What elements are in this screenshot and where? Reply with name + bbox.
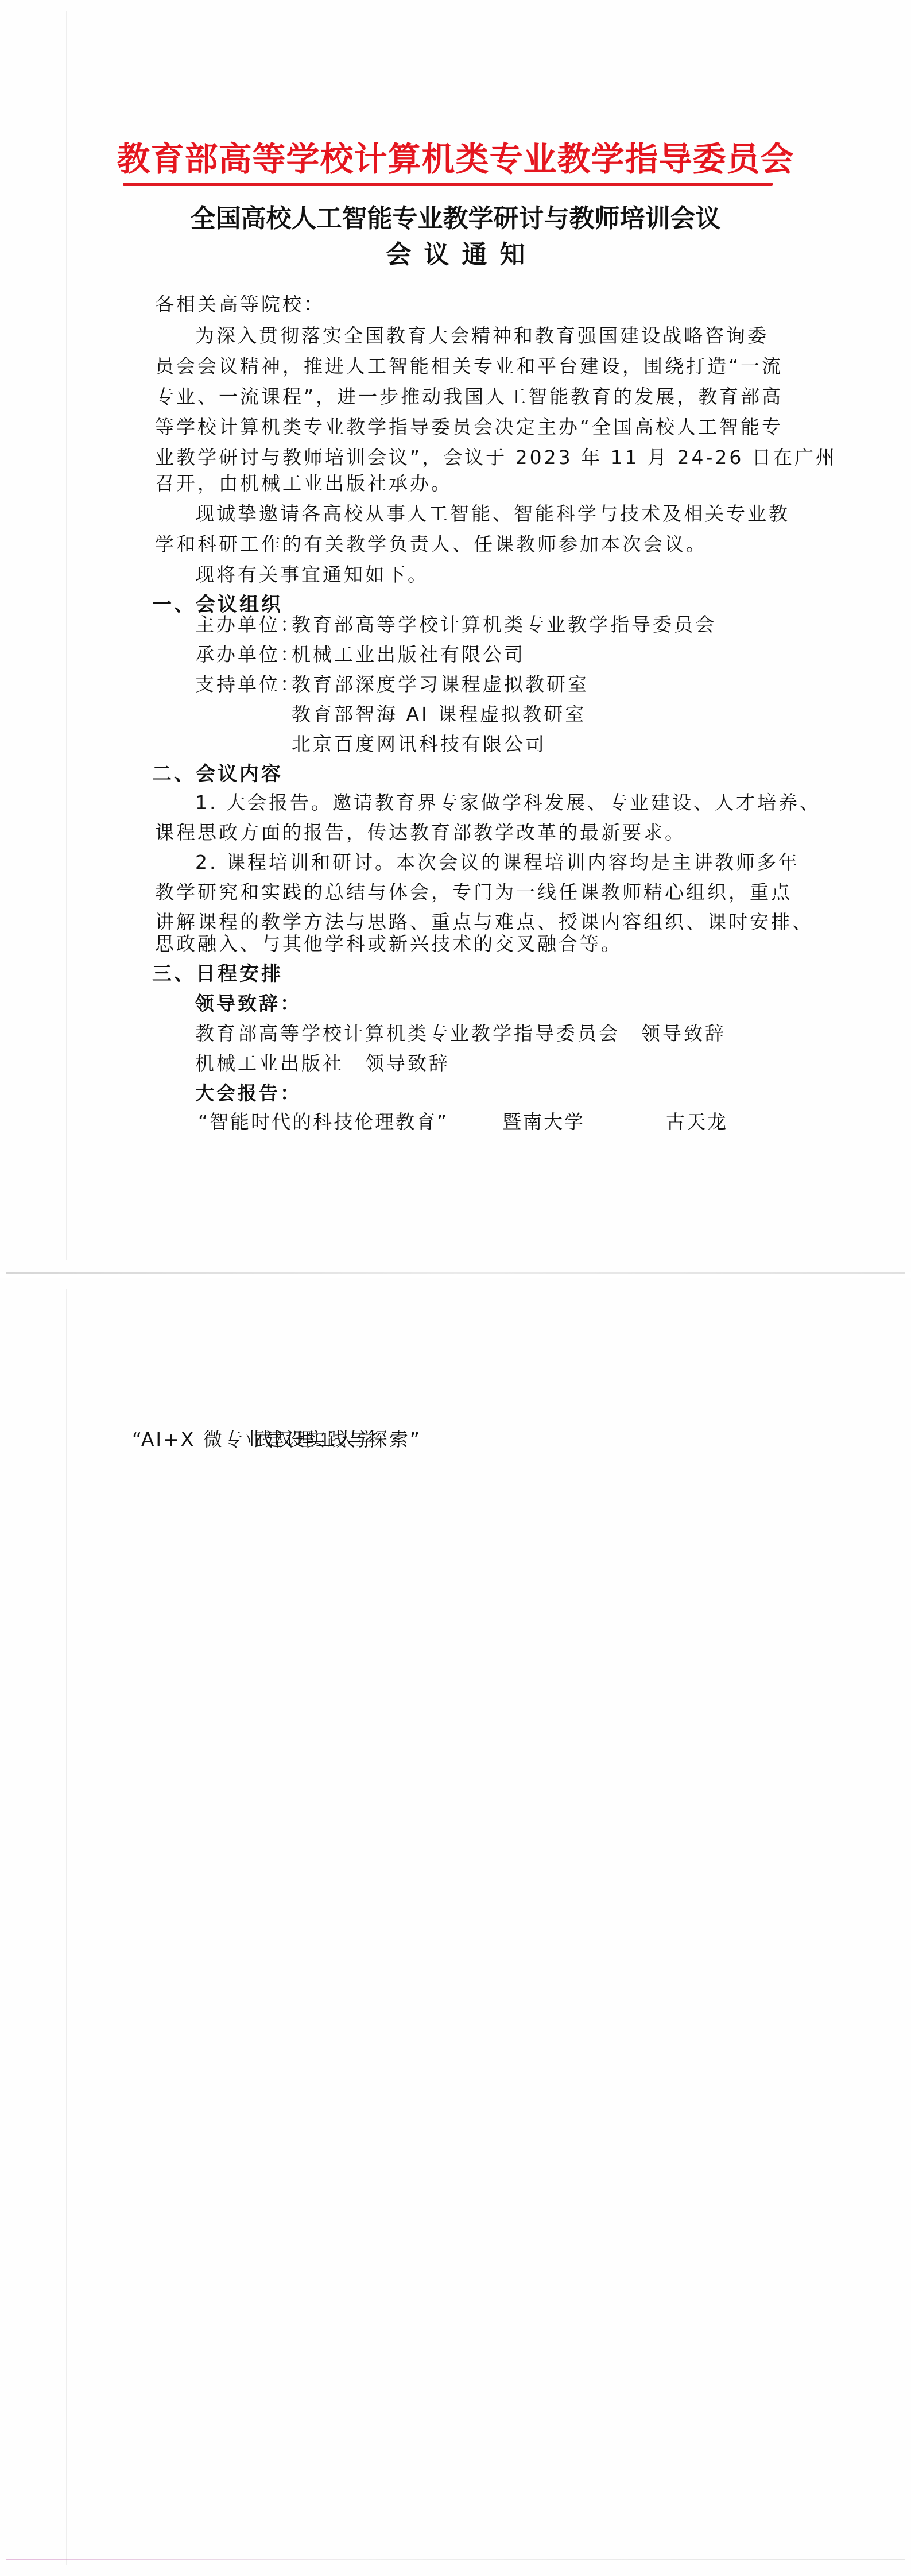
- organizer-label: 承办单位：: [195, 643, 301, 666]
- keynote-topic: “智能时代的科技伦理教育”: [198, 1111, 448, 1134]
- content-line: 课程思政方面的报告，传达教育部教学改革的最新要求。: [155, 821, 686, 844]
- intro-line: 现将有关事宜通知如下。: [195, 563, 429, 586]
- intro-line: 现诚挚邀请各高校从事人工智能、智能科学与技术及相关专业教: [195, 502, 790, 525]
- intro-line: 业教学研讨与教师培训会议”，会议于 2023 年 11 月 24-26 日在广州: [155, 446, 837, 469]
- page-break: [6, 1272, 905, 1274]
- intro-line: 为深入贯彻落实全国教育大会精神和教育强国建设战略咨询委: [195, 324, 769, 347]
- section-heading: 一、会议组织: [152, 593, 283, 616]
- intro-line: 专业、一流课程”，进一步推动我国人工智能教育的发展，教育部高: [155, 385, 783, 408]
- section-heading: 三、日程安排: [152, 962, 283, 985]
- intro-line: 等学校计算机类专业教学指导委员会决定主办“全国高校人工智能专: [155, 416, 783, 439]
- content-line: 讲解课程的教学方法与思路、重点与难点、授课内容组织、课时安排、: [155, 911, 813, 934]
- salutation: 各相关高等院校：: [155, 293, 325, 316]
- scan-artifact: [66, 11, 67, 1260]
- supporter: 教育部深度学习课程虚拟教研室: [292, 673, 589, 696]
- support-label: 支持单位：: [195, 673, 301, 696]
- keynote-school: 暨南大学: [502, 1111, 585, 1134]
- keynote-speaker: 古天龙: [666, 1111, 728, 1134]
- supporter: 北京百度网讯科技有限公司: [292, 733, 546, 756]
- supporter: 教育部智海 AI 课程虚拟教研室: [292, 703, 586, 726]
- host-label: 主办单位：: [195, 613, 301, 636]
- content-line: 思政融入、与其他学科或新兴技术的交叉融合等。: [155, 933, 622, 956]
- organizer-value: 机械工业出版社有限公司: [292, 643, 525, 666]
- leader-speech: 教育部高等学校计算机类专业教学指导委员会 领导致辞: [195, 1022, 726, 1045]
- leaders-label: 领导致辞：: [195, 992, 301, 1015]
- document-title: 全国高校人工智能专业教学研讨与教师培训会议: [0, 204, 911, 234]
- issuing-organization-header: 教育部高等学校计算机类专业教学指导委员会: [0, 141, 911, 177]
- content-line: 2. 课程培训和研讨。本次会议的课程培训内容均是主讲教师多年: [195, 851, 800, 874]
- content-line: 1. 大会报告。邀请教育界专家做学科发展、专业建设、人才培养、: [195, 791, 821, 814]
- document-page-2: [0, 1278, 911, 2576]
- host-value: 教育部高等学校计算机类专业教学指导委员会: [292, 613, 716, 636]
- intro-line: 员会会议精神，推进人工智能相关专业和平台建设，围绕打造“一流: [155, 355, 783, 378]
- intro-line: 召开，由机械工业出版社承办。: [155, 472, 452, 495]
- page-bottom-edge: [6, 2559, 905, 2560]
- leader-speech: 机械工业出版社 领导致辞: [195, 1052, 450, 1075]
- keynote-school: 武汉理工大学: [254, 1428, 378, 1451]
- document-subtitle: 会议通知: [0, 240, 911, 270]
- section-heading: 二、会议内容: [152, 763, 283, 786]
- red-divider-rule: [123, 183, 773, 186]
- intro-line: 学和科研工作的有关教学负责人、任课教师参加本次会议。: [155, 533, 707, 556]
- keynote-label: 大会报告：: [195, 1082, 301, 1105]
- scan-artifact: [114, 11, 114, 1260]
- scan-artifact: [66, 1289, 67, 2565]
- content-line: 教学研究和实践的总结与体会，专门为一线任课教师精心组织，重点: [155, 881, 792, 904]
